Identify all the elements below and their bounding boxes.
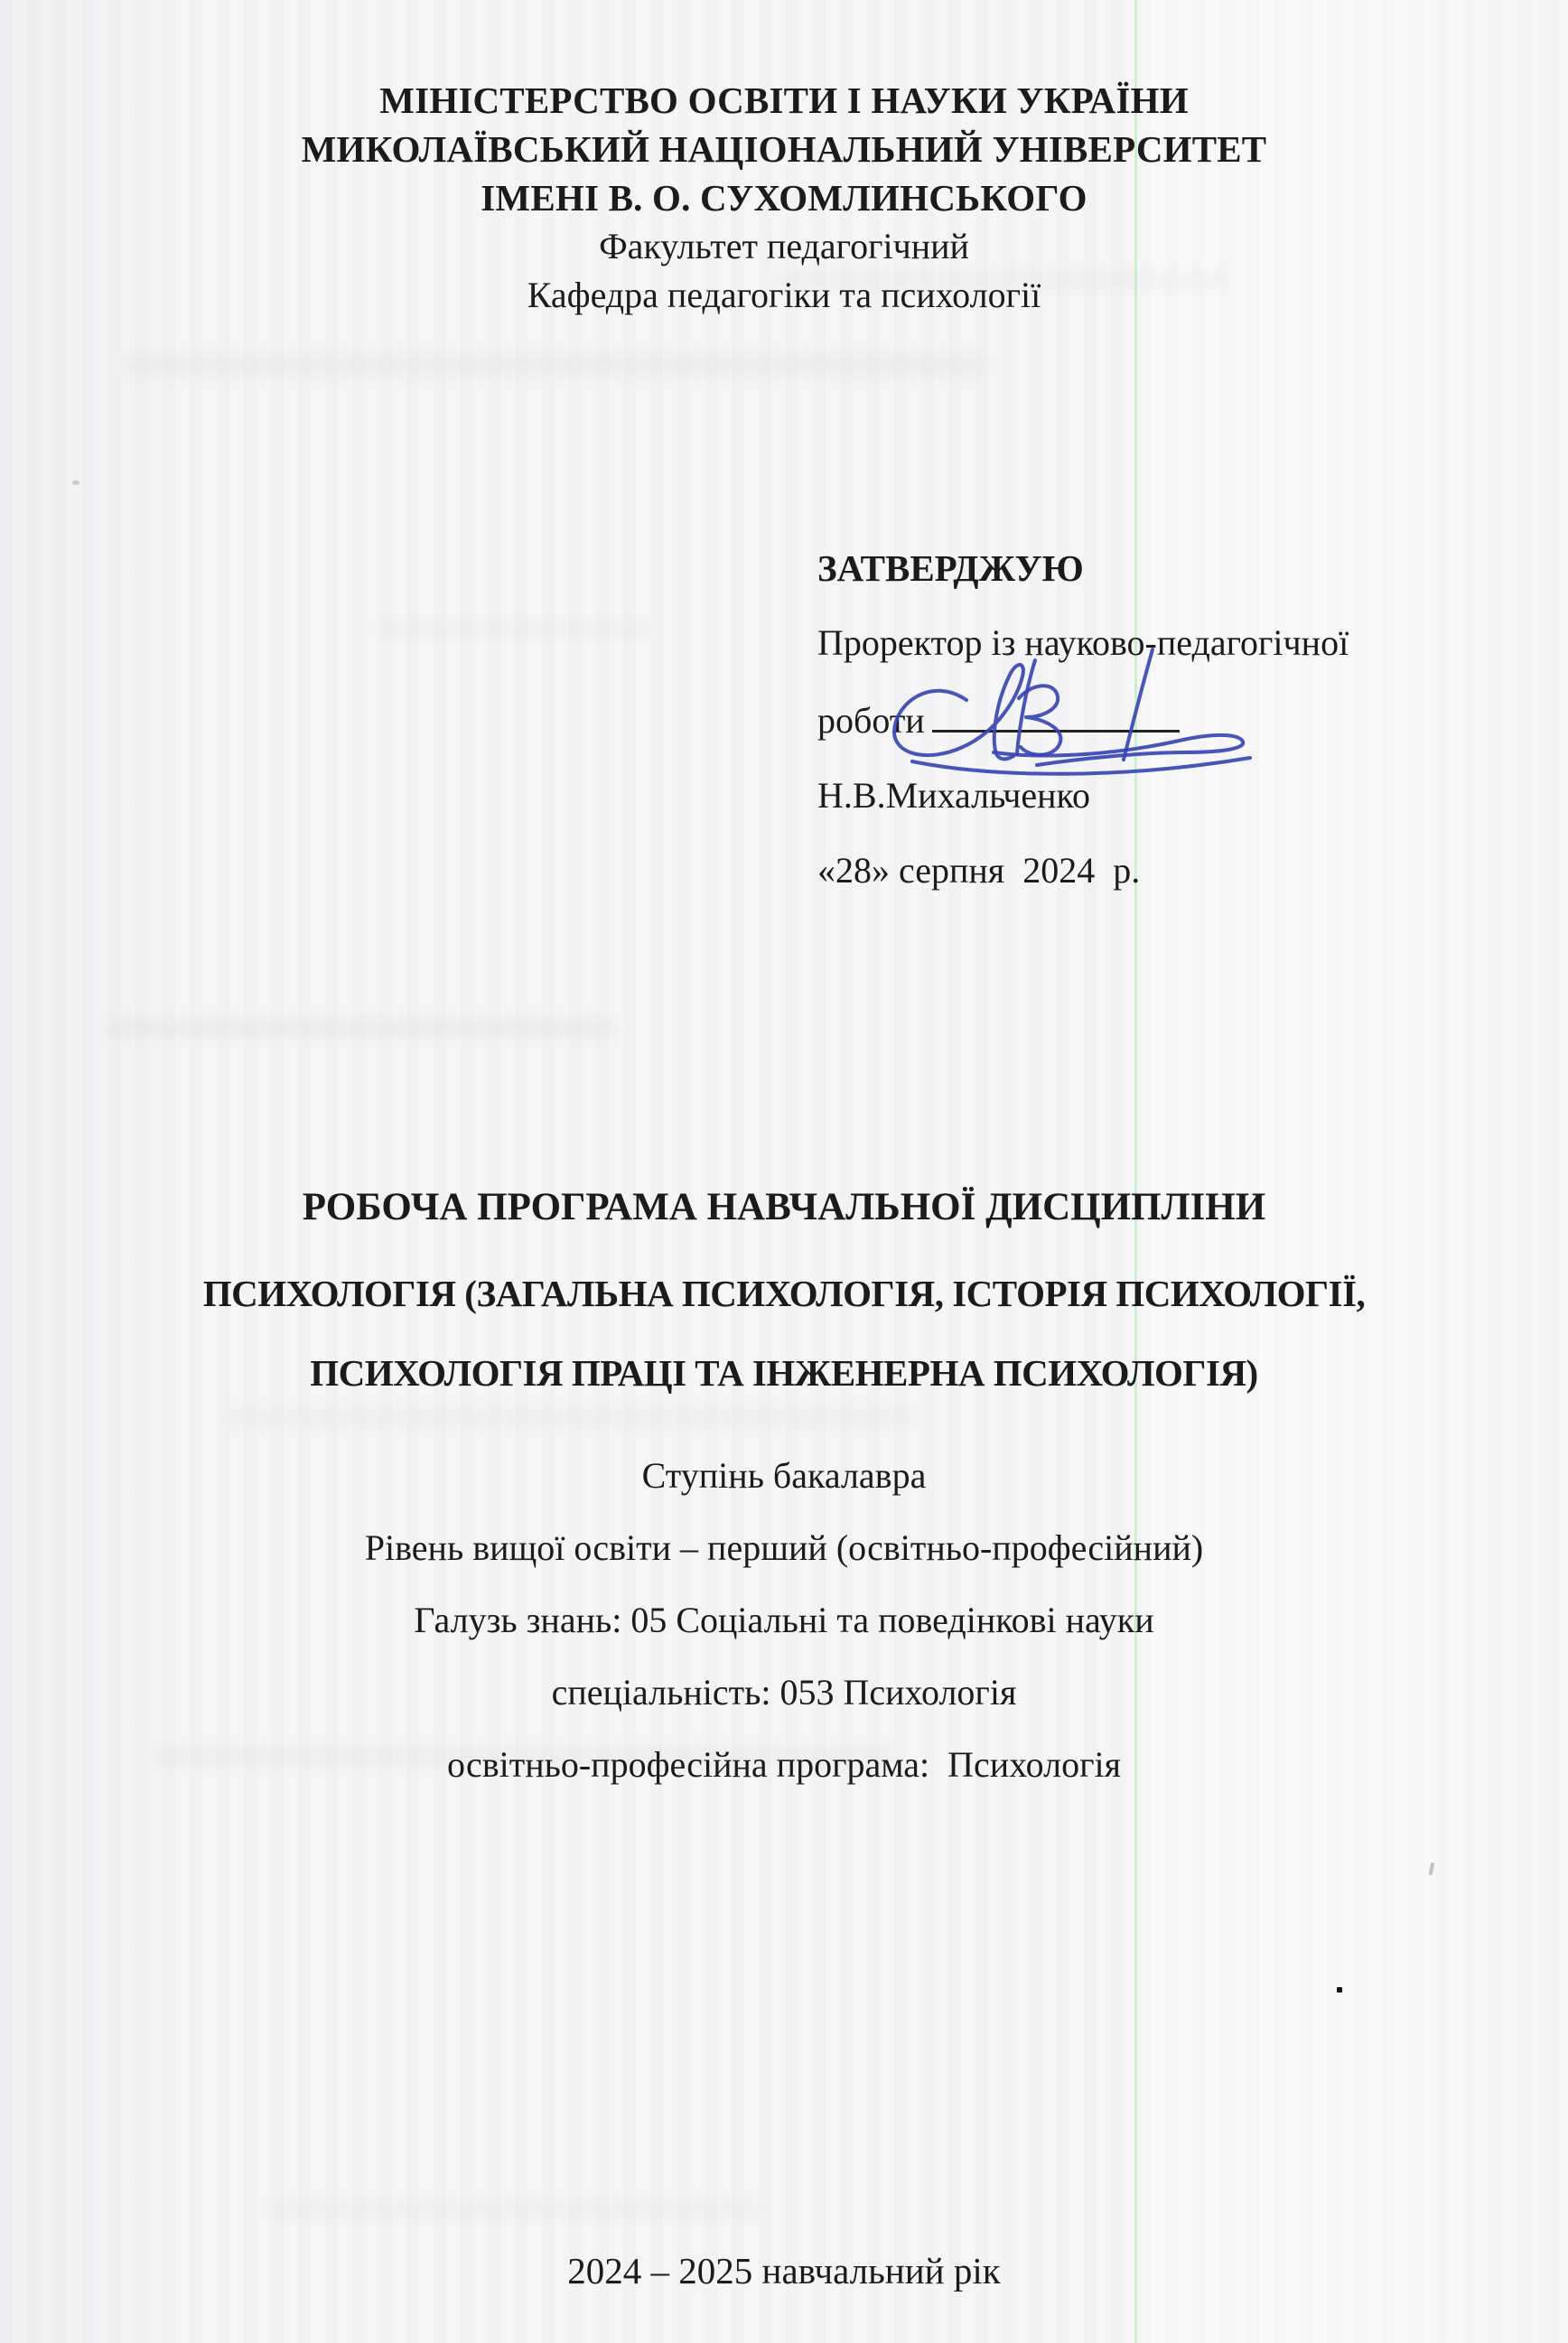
document-title-line3: ПСИХОЛОГІЯ ПРАЦІ ТА ІНЖЕНЕРНА ПСИХОЛОГІЯ… — [0, 1333, 1568, 1413]
document-header: МІНІСТЕРСТВО ОСВІТИ І НАУКИ УКРАЇНИ МИКО… — [0, 76, 1568, 320]
scanner-artifact-line — [1134, 0, 1137, 2343]
department-line: Кафедра педагогіки та психології — [0, 271, 1568, 320]
approval-block: ЗАТВЕРДЖУЮ Проректор із науково-педагогі… — [817, 547, 1504, 925]
university-name-line: ІМЕНІ В. О. СУХОМЛИНСЬКОГО — [0, 173, 1568, 222]
university-line: МИКОЛАЇВСЬКИЙ НАЦІОНАЛЬНИЙ УНІВЕРСИТЕТ — [0, 125, 1568, 173]
ink-speck — [1337, 1987, 1342, 1993]
field-of-knowledge-line: Галузь знань: 05 Соціальні та поведінков… — [0, 1601, 1568, 1640]
faculty-line: Факультет педагогічний — [0, 222, 1568, 271]
academic-year-text: 2024 – 2025 навчальний рік — [567, 2250, 1000, 2292]
document-title-line1: РОБОЧА ПРОГРАМА НАВЧАЛЬНОЇ ДИСЦИПЛІНИ — [0, 1185, 1568, 1229]
scan-smudge — [1429, 1862, 1435, 1876]
specialty-line: спеціальність: 053 Психологія — [0, 1673, 1568, 1713]
program-details: Ступінь бакалавра Рівень вищої освіти – … — [0, 1456, 1568, 1817]
degree-line: Ступінь бакалавра — [0, 1456, 1568, 1496]
approval-heading: ЗАТВЕРДЖУЮ — [817, 547, 1504, 589]
scan-ghost — [126, 354, 985, 376]
document-title-subject: ПСИХОЛОГІЯ (ЗАГАЛЬНА ПСИХОЛОГІЯ, ІСТОРІЯ… — [0, 1254, 1568, 1413]
document-title-line2: ПСИХОЛОГІЯ (ЗАГАЛЬНА ПСИХОЛОГІЯ, ІСТОРІЯ… — [0, 1254, 1568, 1333]
academic-year-footer: 2024 – 2025 навчальний рік — [0, 2249, 1568, 2292]
scan-ghost — [271, 2202, 759, 2217]
scan-ghost — [108, 1019, 614, 1037]
program-line: освітньо-професійна програма: Психологія — [0, 1745, 1568, 1785]
ministry-line: МІНІСТЕРСТВО ОСВІТИ І НАУКИ УКРАЇНИ — [0, 76, 1568, 125]
scan-speck — [72, 481, 79, 485]
approval-date: «28» серпня 2024 р. — [817, 850, 1504, 891]
scan-brightness-band — [1137, 0, 1568, 2343]
signature-ink — [885, 645, 1274, 782]
education-level-line: Рівень вищої освіти – перший (освітньо-п… — [0, 1528, 1568, 1568]
scan-ghost — [379, 621, 650, 636]
scanned-document-page: МІНІСТЕРСТВО ОСВІТИ І НАУКИ УКРАЇНИ МИКО… — [0, 0, 1568, 2343]
